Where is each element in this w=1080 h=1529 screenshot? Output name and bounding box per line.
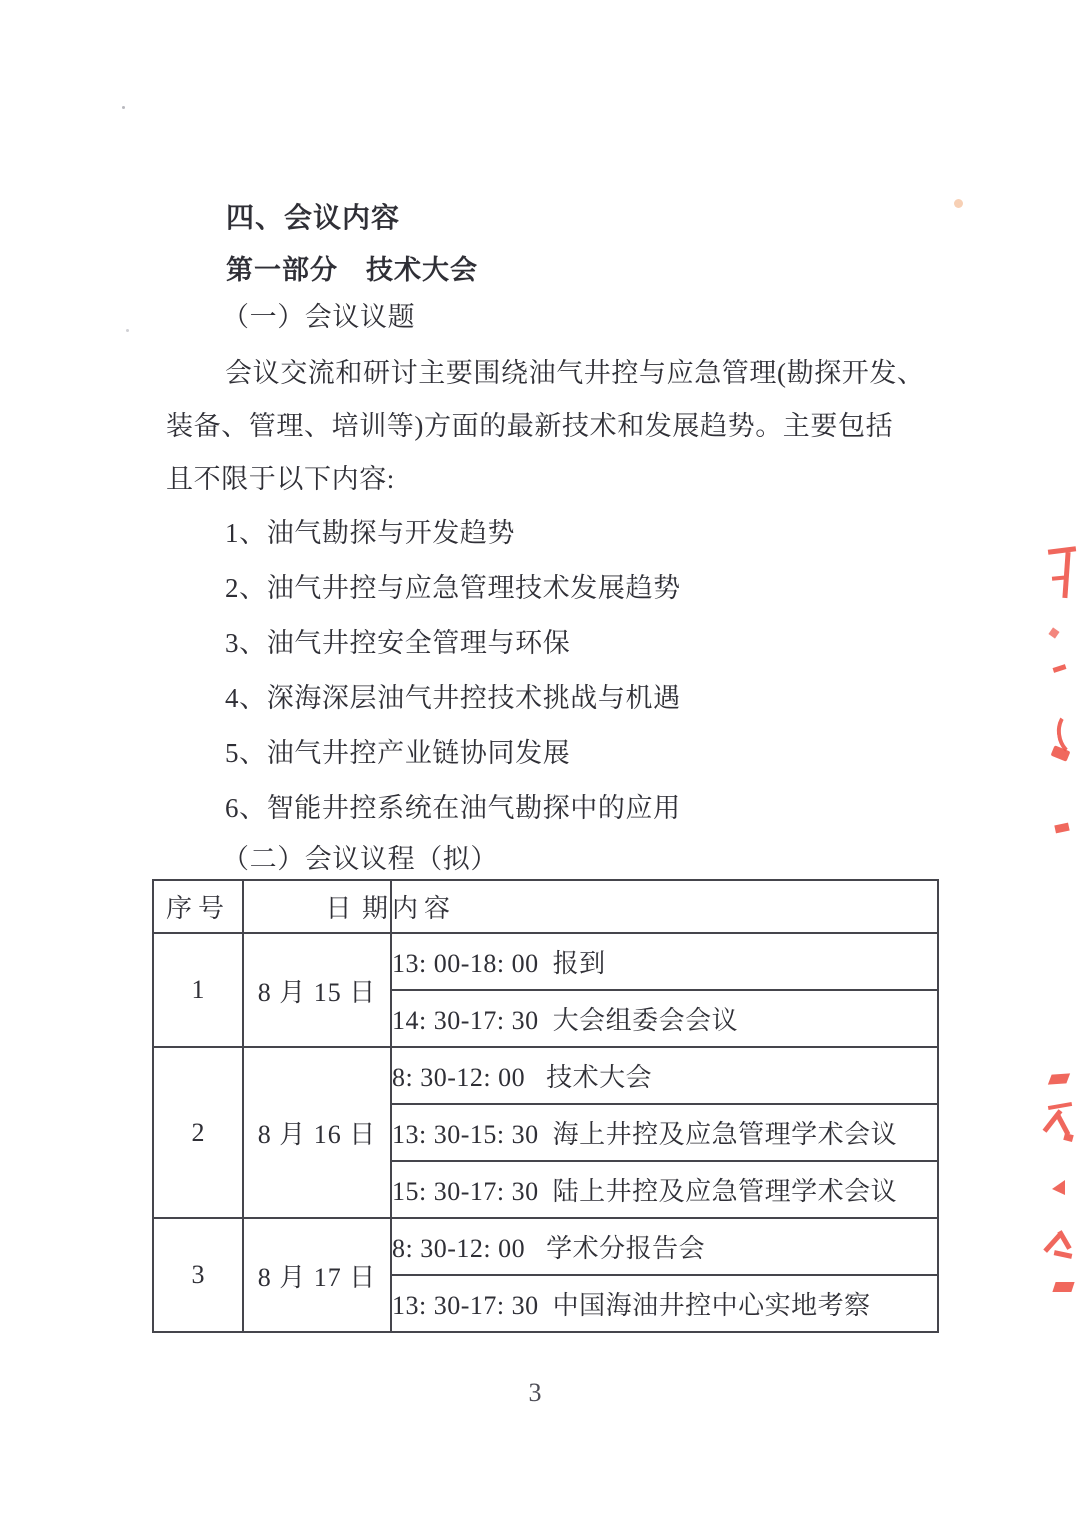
agenda-table: 序号 日 期 内容 18 月 15 日13: 00-18: 00 报到14: 3… xyxy=(152,879,939,1333)
agenda-row: 28 月 16 日8: 30-12: 00 技术大会 xyxy=(153,1047,938,1104)
agenda-row: 38 月 17 日8: 30-12: 00 学术分报告会 xyxy=(153,1218,938,1275)
agenda-cell-date: 8 月 16 日 xyxy=(243,1047,391,1218)
stamp-fragment xyxy=(1048,1230,1074,1266)
agenda-cell-no: 1 xyxy=(153,933,243,1047)
agenda-cell-date: 8 月 17 日 xyxy=(243,1218,391,1332)
stamp-fragment xyxy=(1046,546,1078,604)
page-number: 3 xyxy=(505,1378,565,1408)
scan-speck xyxy=(954,199,963,208)
agenda-cell-item: 14: 30-17: 30 大会组委会会议 xyxy=(391,990,938,1047)
stamp-fragment xyxy=(1052,1180,1065,1195)
agenda-cell-item: 15: 30-17: 30 陆上井控及应急管理学术会议 xyxy=(391,1161,938,1218)
scan-speck xyxy=(122,106,125,109)
stamp-fragment xyxy=(1053,664,1067,673)
topic-item: 3、油气井控安全管理与环保 xyxy=(225,628,570,658)
header-内容: 内容 xyxy=(391,880,938,933)
topic-item: 4、深海深层油气井控技术挑战与机遇 xyxy=(225,683,681,713)
topic-item: 5、油气井控产业链协同发展 xyxy=(225,738,570,768)
part-heading: 第一部分 技术大会 xyxy=(226,248,478,287)
agenda-cell-item: 13: 30-17: 30 中国海油井控中心实地考察 xyxy=(391,1275,938,1332)
document-page: 四、会议内容 第一部分 技术大会 （一）会议议题 会议交流和研讨主要围绕油气井控… xyxy=(0,0,1080,1529)
agenda-cell-no: 2 xyxy=(153,1047,243,1218)
topic-item: 1、油气勘探与开发趋势 xyxy=(225,518,515,548)
stamp-fragment xyxy=(1048,1073,1070,1084)
stamp-fragment xyxy=(1054,823,1069,834)
agenda-row: 18 月 15 日13: 00-18: 00 报到 xyxy=(153,933,938,990)
paragraph-line: 且不限于以下内容: xyxy=(166,464,395,494)
stamp-fragment xyxy=(1046,1100,1074,1144)
agenda-cell-item: 8: 30-12: 00 学术分报告会 xyxy=(391,1218,938,1275)
subsection-1-heading: （一）会议议题 xyxy=(222,302,415,332)
scan-speck xyxy=(126,329,129,332)
section-heading: 四、会议内容 xyxy=(226,196,400,236)
paragraph-line: 装备、管理、培训等)方面的最新技术和发展趋势。主要包括 xyxy=(166,411,893,441)
agenda-cell-item: 8: 30-12: 00 技术大会 xyxy=(391,1047,938,1104)
topic-item: 2、油气井控与应急管理技术发展趋势 xyxy=(225,573,681,603)
paragraph-line: 会议交流和研讨主要围绕油气井控与应急管理(勘探开发、 xyxy=(225,358,925,388)
topic-item: 6、智能井控系统在油气勘探中的应用 xyxy=(225,793,681,823)
agenda-cell-date: 8 月 15 日 xyxy=(243,933,391,1047)
header-序号: 序号 xyxy=(153,880,243,933)
stamp-fragment xyxy=(1052,1282,1074,1292)
agenda-cell-item: 13: 30-15: 30 海上井控及应急管理学术会议 xyxy=(391,1104,938,1161)
stamp-fragment xyxy=(1048,627,1059,638)
agenda-cell-no: 3 xyxy=(153,1218,243,1332)
subsection-2-heading: （二）会议议程（拟） xyxy=(222,844,498,874)
agenda-header-row: 序号 日 期 内容 xyxy=(153,880,938,933)
header-日期: 日 期 xyxy=(243,880,391,933)
agenda-cell-item: 13: 00-18: 00 报到 xyxy=(391,933,938,990)
